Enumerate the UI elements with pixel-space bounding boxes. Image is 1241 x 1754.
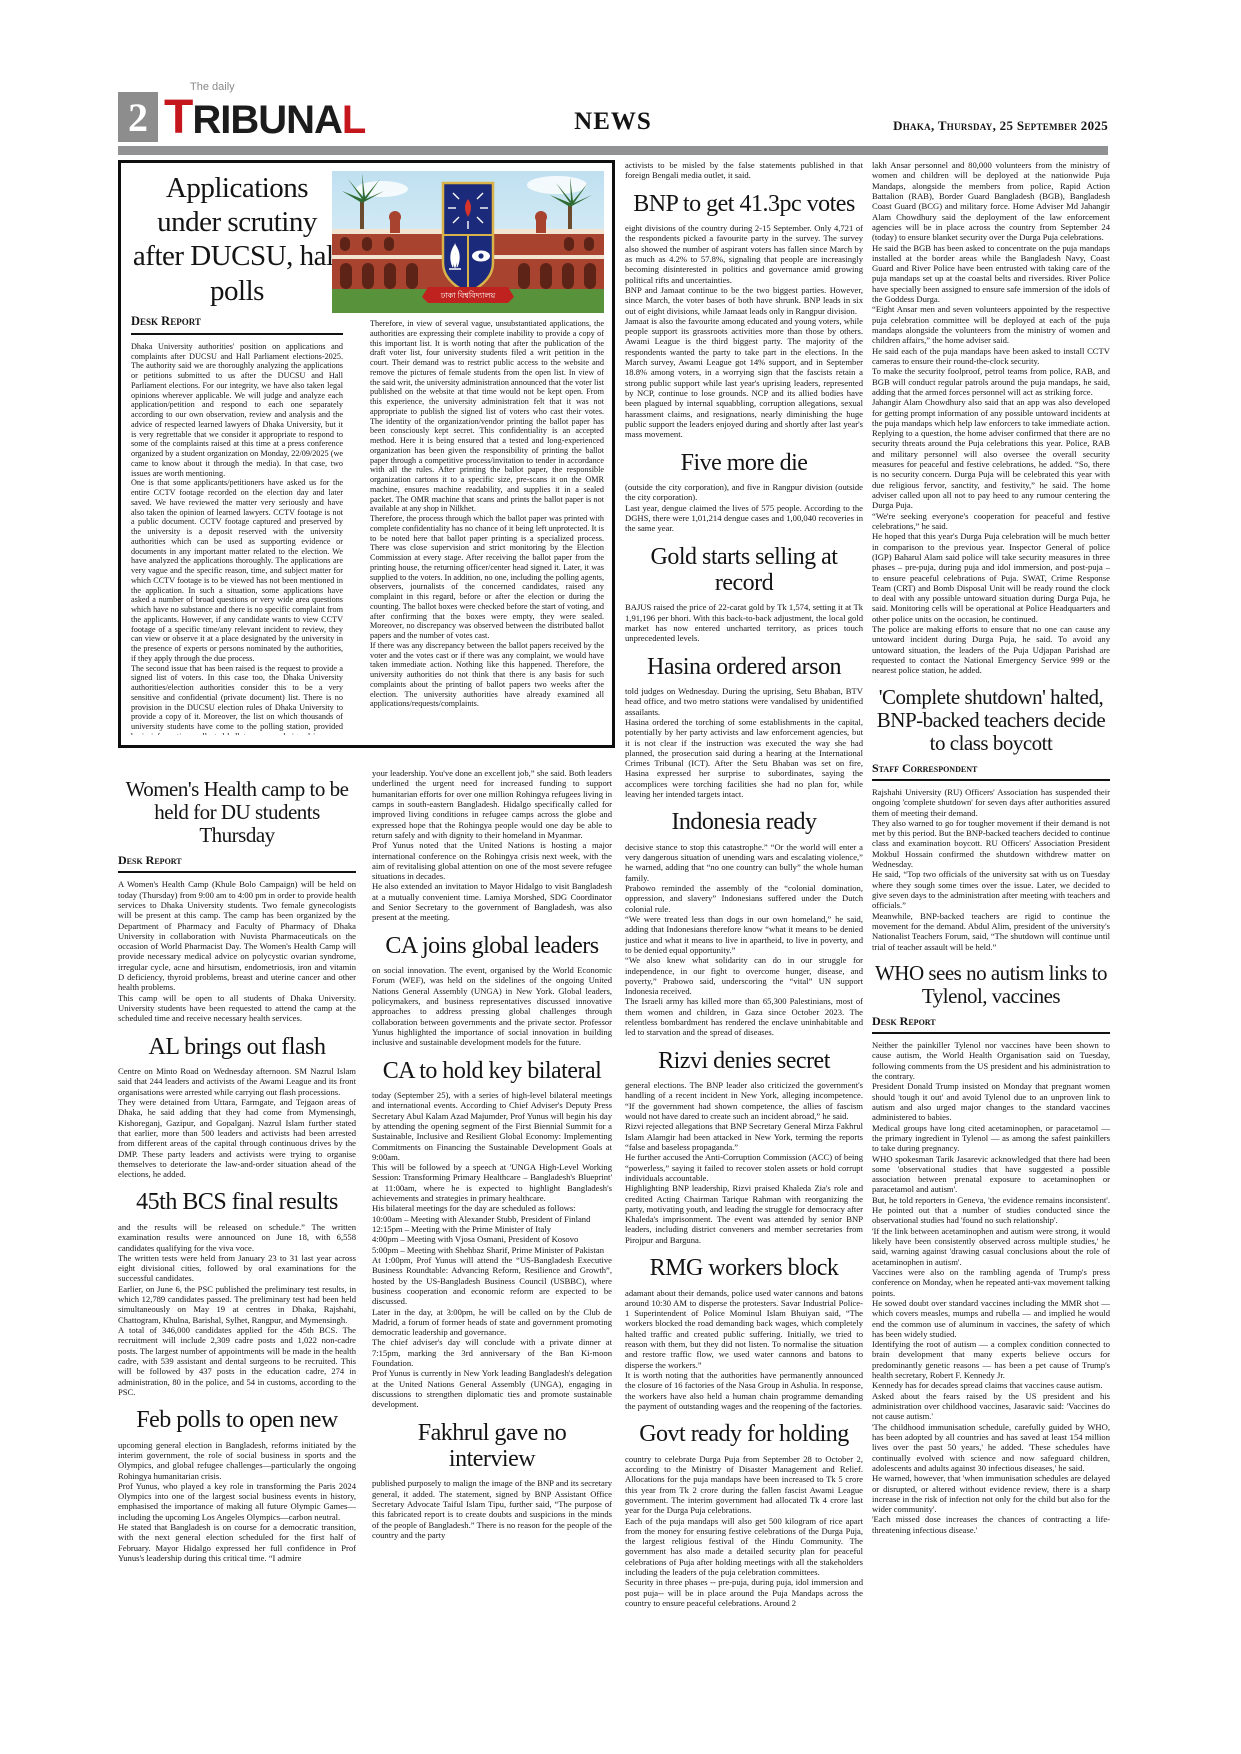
continuation-feb-polls: your leadership. You've done an excellen… — [372, 768, 612, 923]
lead-body-column-2: Therefore, in view of several vague, uns… — [370, 319, 604, 709]
paragraph: Identifying the root of autism — a compl… — [872, 1339, 1110, 1380]
paragraph: 'The childhood immunisation schedule, ca… — [872, 1422, 1110, 1474]
lead-byline: Desk Report — [131, 314, 343, 329]
paragraph: Neither the painkiller Tylenol nor vacci… — [872, 1040, 1110, 1081]
ribbon-text: ঢাকা বিশ্ববিদ্যালয় — [440, 291, 496, 300]
paragraph: He stated that Bangladesh is on course f… — [118, 1522, 356, 1563]
paragraph: Rizvi rejected allegations that BNP Secr… — [625, 1121, 863, 1152]
paragraph: The chief adviser's day will conclude wi… — [372, 1337, 612, 1368]
paragraph: Prabowo reminded the assembly of the “co… — [625, 883, 863, 914]
paragraph: Jamaat is also the favourite among educa… — [625, 316, 863, 440]
article-complete-shutdown-halted: 'Complete shutdown' halted, BNP-backed t… — [872, 686, 1110, 952]
text-column-2: your leadership. You've done an excellen… — [372, 768, 612, 1626]
paragraph: your leadership. You've done an excellen… — [372, 768, 612, 840]
article-headline: Gold starts selling at record — [625, 544, 863, 597]
paragraph: adamant about their demands, police used… — [625, 1288, 863, 1371]
paragraph: The police are making efforts to ensure … — [872, 624, 1110, 676]
paragraph: Prof Yunus, who played a key role in tra… — [118, 1481, 356, 1522]
text-column-4: lakh Ansar personnel and 80,000 voluntee… — [872, 160, 1110, 1626]
paragraph: BNP and Jamaat continue to be the two bi… — [625, 285, 863, 316]
article-womens-health-camp: Women's Health camp to be held for DU st… — [118, 778, 356, 1024]
paragraph: One is that some applicants/petitioners … — [131, 478, 343, 663]
article-ca-joins-global-leaders: CA joins global leaderson social innovat… — [372, 933, 612, 1048]
article-hasina-ordered-arson: Hasina ordered arsontold judges on Wedne… — [625, 654, 863, 800]
article-five-more-die: Five more die(outside the city corporati… — [625, 450, 863, 534]
article-fakhrul-gave-no-interview: Fakhrul gave no interviewpublished purpo… — [372, 1420, 612, 1541]
article-who-no-autism-links: WHO sees no autism links to Tylenol, vac… — [872, 962, 1110, 1535]
paragraph: He sowed doubt over standard vaccines in… — [872, 1298, 1110, 1339]
continuation-fakhrul: activists to be misled by the false stat… — [625, 160, 863, 181]
article-headline: 'Complete shutdown' halted, BNP-backed t… — [872, 686, 1110, 755]
du-emblem — [443, 183, 493, 293]
text-column-1: Women's Health camp to be held for DU st… — [118, 768, 356, 1626]
article-byline: Staff Correspondent — [872, 761, 1110, 776]
article-headline: Govt ready for holding — [625, 1421, 863, 1447]
lead-article-box: Applications under scrutiny after DUCSU,… — [118, 160, 615, 748]
paragraph: The Israeli army has killed more than 65… — [625, 996, 863, 1037]
article-headline: Women's Health camp to be held for DU st… — [118, 778, 356, 847]
paragraph: Prof Yunus is currently in New York lead… — [372, 1368, 612, 1409]
paragraph: At 1:00pm, Prof Yunus will attend the “U… — [372, 1255, 612, 1307]
byline-rule — [872, 779, 1110, 781]
paragraph: 5:00pm – Meeting with Shehbaz Sharif, Pr… — [372, 1245, 612, 1255]
curzon-hall-photo: ঢাকা বিশ্ববিদ্যালয় — [332, 171, 604, 313]
article-headline: Rizvi denies secret — [625, 1048, 863, 1074]
emblem-eye-icon — [472, 251, 490, 262]
masthead-prefix: The daily — [190, 82, 365, 93]
article-byline: Desk Report — [872, 1014, 1110, 1029]
paragraph: He further accused the Anti-Corruption C… — [625, 1152, 863, 1183]
paragraph: “We're seeking everyone's cooperation fo… — [872, 511, 1110, 532]
paragraph: Dhaka University authorities' position o… — [131, 342, 343, 479]
paragraph: published purposely to malign the image … — [372, 1478, 612, 1540]
paragraph: on social innovation. The event, organis… — [372, 965, 612, 1048]
header-rule — [118, 146, 1108, 155]
lead-article-left-column: Applications under scrutiny after DUCSU,… — [131, 169, 343, 735]
paragraph: 'Each missed dose increases the chances … — [872, 1514, 1110, 1535]
paragraph: He said the BGB has been asked to concen… — [872, 243, 1110, 305]
article-bnp-to-get-votes: BNP to get 41.3pc voteseight divisions o… — [625, 191, 863, 440]
paragraph: (outside the city corporation), and five… — [625, 482, 863, 503]
lead-photo: ঢাকা বিশ্ববিদ্যালয় — [332, 171, 604, 313]
paragraph: But, he told reporters in Geneva, 'the e… — [872, 1195, 1110, 1226]
paragraph: Medical groups have long cited acetamino… — [872, 1123, 1110, 1154]
article-indonesia-ready: Indonesia readydecisive stance to stop t… — [625, 809, 863, 1037]
paragraph: Hasina ordered the torching of some esta… — [625, 717, 863, 800]
paragraph: Therefore, in view of several vague, uns… — [370, 319, 604, 514]
paragraph: Vaccines were also on the rambling agend… — [872, 1267, 1110, 1298]
paragraph: Security in three phases -- pre-puja, du… — [625, 1577, 863, 1608]
article-feb-polls-to-open-new: Feb polls to open newupcoming general el… — [118, 1407, 356, 1563]
paragraph: Centre on Minto Road on Wednesday aftern… — [118, 1066, 356, 1097]
paragraph: BAJUS raised the price of 22-carat gold … — [625, 602, 863, 643]
text-column-3: activists to be misled by the false stat… — [625, 160, 863, 1626]
article-headline: AL brings out flash — [118, 1034, 356, 1060]
paragraph: country to celebrate Durga Puja from Sep… — [625, 1454, 863, 1516]
article-headline: BNP to get 41.3pc votes — [625, 191, 863, 217]
article-headline: Fakhrul gave no interview — [372, 1420, 612, 1473]
continuation-govt-ready: lakh Ansar personnel and 80,000 voluntee… — [872, 160, 1110, 676]
paragraph: general elections. The BNP leader also c… — [625, 1080, 863, 1121]
paragraph: Jahangir Alam Chowdhury also said that a… — [872, 397, 1110, 428]
article-45th-bcs-final-results: 45th BCS final resultsand the results wi… — [118, 1189, 356, 1397]
article-headline: Indonesia ready — [625, 809, 863, 835]
article-ca-to-hold-key-bilateral: CA to hold key bilateraltoday (September… — [372, 1058, 612, 1410]
paragraph: “We also knew what solidarity can do in … — [625, 955, 863, 996]
paragraph: Last year, dengue claimed the lives of 5… — [625, 503, 863, 534]
paragraph: 10:00am – Meeting with Alexander Stubb, … — [372, 1214, 612, 1224]
paragraph: lakh Ansar personnel and 80,000 voluntee… — [872, 160, 1110, 243]
article-rmg-workers-block: RMG workers blockadamant about their dem… — [625, 1255, 863, 1411]
newspaper-page: 2 The daily TRIBUNAL NEWS Dhaka, Thursda… — [0, 0, 1241, 1754]
paragraph: Highlighting BNP leadership, Rizvi prais… — [625, 1183, 863, 1245]
lead-body-col1: Dhaka University authorities' position o… — [131, 342, 343, 735]
article-headline: Hasina ordered arson — [625, 654, 863, 680]
article-gold-record: Gold starts selling at recordBAJUS raise… — [625, 544, 863, 644]
paragraph: President Donald Trump insisted on Monda… — [872, 1081, 1110, 1122]
paragraph: The second issue that has been raised is… — [131, 664, 343, 735]
paragraph: This will be followed by a speech at 'UN… — [372, 1162, 612, 1203]
paragraph: It is worth noting that the authorities … — [625, 1370, 863, 1411]
paragraph: decisive stance to stop this catastrophe… — [625, 842, 863, 883]
paragraph: 'If the link between acetaminophen and a… — [872, 1226, 1110, 1267]
byline-rule — [872, 1032, 1110, 1034]
paragraph: He said, “Top two officials of the unive… — [872, 869, 1110, 910]
paragraph: WHO spokesman Tarik Jasarevic acknowledg… — [872, 1154, 1110, 1195]
dateline: Dhaka, Thursday, 25 September 2025 — [893, 118, 1108, 134]
paragraph: Kennedy has for decades spread claims th… — [872, 1380, 1110, 1390]
paragraph: This camp will be open to all students o… — [118, 993, 356, 1024]
paragraph: today (September 25), with a series of h… — [372, 1090, 612, 1162]
lead-body-column-1: Dhaka University authorities' position o… — [131, 342, 343, 735]
paragraph: Each of the puja mandaps will also get 5… — [625, 1516, 863, 1578]
article-headline: WHO sees no autism links to Tylenol, vac… — [872, 962, 1110, 1008]
lead-body-col2: Therefore, in view of several vague, uns… — [370, 319, 604, 709]
paragraph: and the results will be released on sche… — [118, 1222, 356, 1253]
paragraph: Prof Yunus noted that the United Nations… — [372, 840, 612, 881]
paragraph: A Women's Health Camp (Khule Bolo Campai… — [118, 879, 356, 992]
lead-article-right-column: Therefore, in view of several vague, uns… — [370, 319, 604, 737]
byline-rule — [131, 333, 343, 335]
paragraph: They were detained from Uttara, Farmgate… — [118, 1097, 356, 1180]
article-byline: Desk Report — [118, 853, 356, 868]
article-govt-ready-for-holding: Govt ready for holdingcountry to celebra… — [625, 1421, 863, 1608]
article-headline: CA to hold key bilateral — [372, 1058, 612, 1084]
paragraph: Later in the day, at 3:00pm, he will be … — [372, 1307, 612, 1338]
article-headline: CA joins global leaders — [372, 933, 612, 959]
lead-headline: Applications under scrutiny after DUCSU,… — [131, 171, 343, 308]
paragraph: 4:00pm – Meeting with Vjosa Osmani, Pres… — [372, 1234, 612, 1244]
paragraph: activists to be misled by the false stat… — [625, 160, 863, 181]
paragraph: If there was any discrepancy between the… — [370, 641, 604, 709]
emblem-ribbon: ঢাকা বিশ্ববিদ্যালয় — [422, 287, 514, 303]
paragraph: To make the security foolproof, petrol t… — [872, 366, 1110, 397]
article-headline: 45th BCS final results — [118, 1189, 356, 1215]
paragraph: He hoped that this year's Durga Puja cel… — [872, 531, 1110, 624]
paragraph: His bilateral meetings for the day are s… — [372, 1203, 612, 1213]
byline-rule — [118, 871, 356, 873]
paragraph: Meanwhile, BNP-backed teachers are rigid… — [872, 911, 1110, 952]
paragraph: A total of 346,000 candidates applied fo… — [118, 1325, 356, 1397]
paragraph: Earlier, on June 6, the PSC published th… — [118, 1284, 356, 1325]
paragraph: Rajshahi University (RU) Officers' Assoc… — [872, 787, 1110, 818]
article-headline: Five more die — [625, 450, 863, 476]
paragraph: They also warned to go for tougher movem… — [872, 818, 1110, 870]
paragraph: Therefore, the process through which the… — [370, 514, 604, 641]
paragraph: He warned, however, that 'when immunisat… — [872, 1473, 1110, 1514]
paragraph: The written tests were held from January… — [118, 1253, 356, 1284]
article-headline: Feb polls to open new — [118, 1407, 356, 1433]
paragraph: He said each of the puja mandaps have be… — [872, 346, 1110, 367]
paragraph: told judges on Wednesday. During the upr… — [625, 686, 863, 717]
paragraph: Replying to a question, the home adviser… — [872, 428, 1110, 511]
paragraph: He also extended an invitation to Mayor … — [372, 881, 612, 922]
page-header: 2 The daily TRIBUNAL NEWS Dhaka, Thursda… — [118, 90, 1108, 142]
paragraph: upcoming general election in Bangladesh,… — [118, 1440, 356, 1481]
article-al-brings-out-flash: AL brings out flashCentre on Minto Road … — [118, 1034, 356, 1180]
paragraph: “We were treated less than dogs in our o… — [625, 914, 863, 955]
paragraph: 12:15pm – Meeting with the Prime Ministe… — [372, 1224, 612, 1234]
paragraph: eight divisions of the country during 2-… — [625, 223, 863, 285]
paragraph: “Eight Ansar men and seven volunteers ap… — [872, 304, 1110, 345]
article-headline: RMG workers block — [625, 1255, 863, 1281]
article-rizvi-denies-secret: Rizvi denies secretgeneral elections. Th… — [625, 1048, 863, 1245]
paragraph: Asked about the fears raised by the US p… — [872, 1391, 1110, 1422]
